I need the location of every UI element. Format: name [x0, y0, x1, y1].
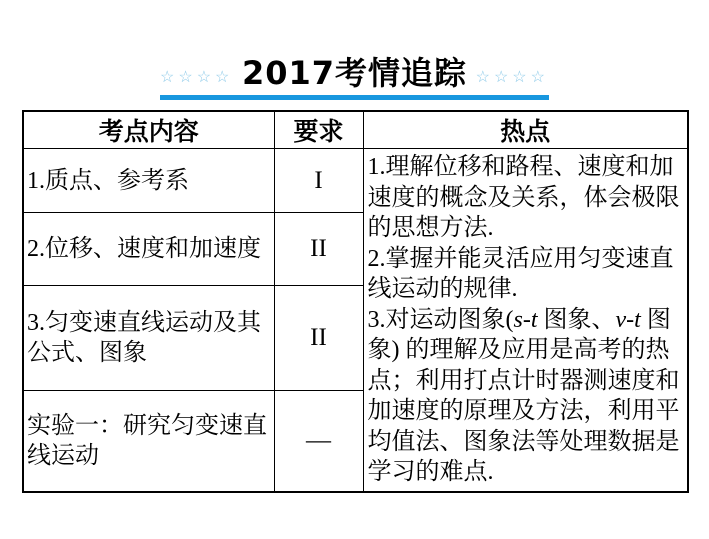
row-content: 2.位移、速度和加速度 [23, 213, 274, 286]
table-row: 1.质点、参考系 I 1.理解位移和路程、速度和加速度的概念及关系，体会极限的思… [23, 149, 688, 213]
hotspot-cell: 1.理解位移和路程、速度和加速度的概念及关系，体会极限的思想方法.2.掌握并能灵… [363, 149, 688, 492]
stars-right-icon: ☆☆☆☆ [476, 67, 549, 92]
header-hotspot: 热点 [363, 111, 688, 149]
header-requirement: 要求 [274, 111, 363, 149]
page-title: 2017考情追踪 [242, 54, 467, 92]
table-header-row: 考点内容 要求 热点 [23, 111, 688, 149]
row-requirement: II [274, 286, 363, 391]
stars-left-icon: ☆☆☆☆ [160, 67, 233, 92]
row-content: 1.质点、参考系 [23, 149, 274, 213]
row-content: 实验一：研究匀变速直线运动 [23, 391, 274, 492]
title-underline [160, 95, 549, 100]
row-requirement: I [274, 149, 363, 213]
row-content: 3.匀变速直线运动及其公式、图象 [23, 286, 274, 391]
slide: ☆☆☆☆ 2017考情追踪 ☆☆☆☆ 考点内容 要求 热点 1.质点、参考系 I… [0, 0, 709, 539]
header-content: 考点内容 [23, 111, 274, 149]
exam-points-table: 考点内容 要求 热点 1.质点、参考系 I 1.理解位移和路程、速度和加速度的概… [22, 110, 689, 493]
row-requirement: — [274, 391, 363, 492]
title-bar: ☆☆☆☆ 2017考情追踪 ☆☆☆☆ [160, 54, 549, 92]
row-requirement: II [274, 213, 363, 286]
